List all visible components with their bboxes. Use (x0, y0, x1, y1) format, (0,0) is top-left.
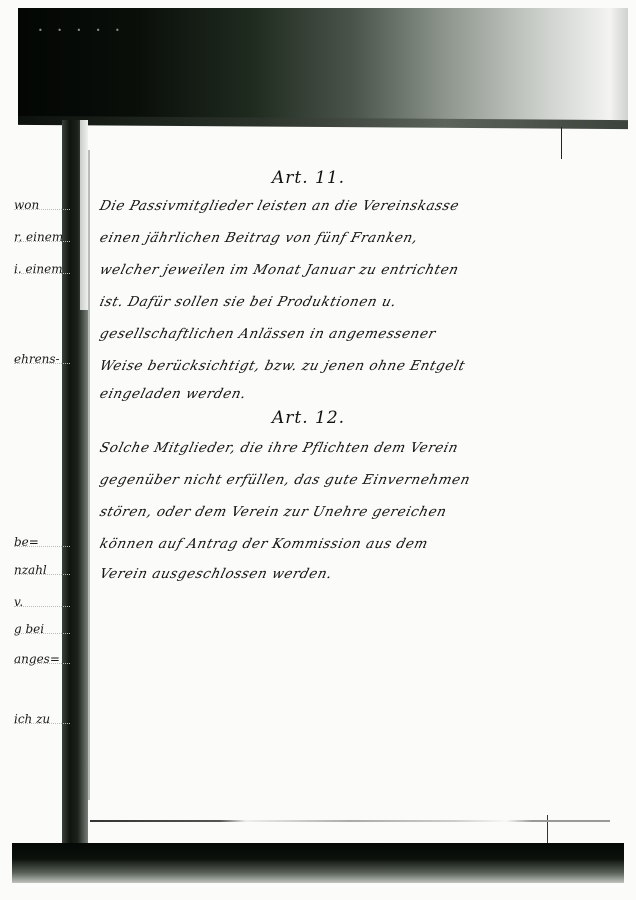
margin-fragment: anges= (14, 652, 64, 666)
article-12-line: gegenüber nicht erfüllen, das gute Einve… (98, 470, 573, 490)
margin-fragment: v. (14, 595, 64, 609)
margin-fragment: be= (14, 535, 64, 549)
handwritten-page: Art. 11. Die Passivmitglieder leisten an… (92, 150, 612, 810)
spine-highlight (80, 120, 88, 310)
margin-fragment: i. einem (14, 262, 64, 276)
article-11-line: welcher jeweilen im Monat Januar zu entr… (98, 260, 573, 280)
scan-shadow-top (18, 8, 628, 120)
article-11-line: Die Passivmitglieder leisten an die Vere… (98, 196, 573, 216)
article-12-heading: Art. 12. (272, 408, 345, 428)
article-11-line: Weise berücksichtigt, bzw. zu jenen ohne… (98, 356, 573, 376)
margin-fragment: g bei (14, 622, 64, 636)
margin-fragment: won (14, 198, 64, 212)
article-12-line: Verein ausgeschlossen werden. (98, 564, 573, 584)
scan-artifact-dots: • • • • • (38, 26, 126, 35)
article-12-line: können auf Antrag der Kommission aus dem (98, 534, 573, 554)
scan-shadow-bottom (12, 843, 624, 883)
page-edge-line (88, 150, 90, 800)
margin-fragment: ich zu (14, 712, 64, 726)
article-11-line: ist. Dafür sollen sie bei Produktionen u… (98, 292, 573, 312)
margin-fragment: ehrens- (14, 352, 64, 366)
margin-fragment: nzahl (14, 563, 64, 577)
article-12-line: stören, oder dem Verein zur Unehre gerei… (98, 502, 573, 522)
article-11-line: gesellschaftlichen Anlässen in angemesse… (98, 324, 573, 344)
article-11-line: einen jährlichen Beitrag von fünf Franke… (98, 228, 573, 248)
page-bottom-edge (90, 820, 610, 822)
article-11-heading: Art. 11. (272, 168, 345, 188)
article-11-line: eingeladen werden. (98, 384, 573, 404)
margin-fragment: r, einem (14, 230, 64, 244)
article-12-line: Solche Mitglieder, die ihre Pflichten de… (98, 438, 573, 458)
